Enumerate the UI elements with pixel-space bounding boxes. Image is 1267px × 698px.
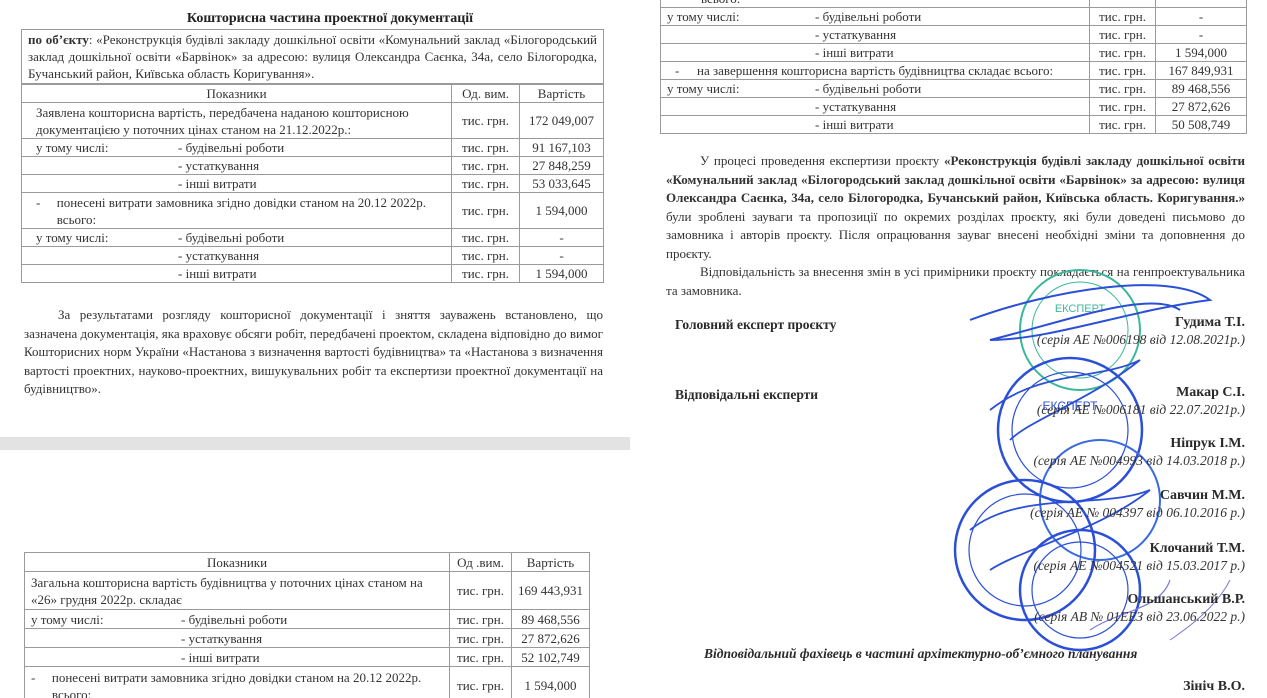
header-indicators: Показники: [25, 553, 450, 572]
table-row: -понесені витрати замовника згідно довід…: [22, 193, 452, 229]
expert-entry: Макар С.І. (серія АЕ №006181 від 22.07.2…: [1037, 384, 1245, 418]
expert-entry: Савчин М.М. (серія АЕ № 004397 від 06.10…: [1030, 487, 1245, 521]
table-row: -понесені витрати замовника згідно довід…: [25, 667, 450, 698]
table-row: - інші витрати: [661, 44, 1090, 62]
row-value: 27 872,626: [511, 629, 589, 648]
row-unit: тис. грн.: [450, 572, 512, 610]
row-label: Загальна кошторисна вартість будівництва…: [25, 572, 450, 610]
header-unit: Од. вим.: [452, 85, 520, 103]
row-value: 172 049,007: [520, 103, 604, 139]
row-label: - устаткування: [178, 158, 259, 173]
expert-cert: (серія АЕ №006181 від 22.07.2021р.): [1037, 401, 1245, 418]
row-unit: тис. грн.: [452, 103, 520, 139]
header-value: Вартість: [511, 553, 589, 572]
row-label: понесені витрати замовника згідно довідк…: [57, 194, 445, 228]
expert-cert: (серія АЕ №004521 від 15.03.2017 р.): [1034, 557, 1246, 574]
architect-name: Зініч В.О.: [1183, 679, 1245, 695]
table-row: у тому числі:- будівельні роботи: [22, 229, 452, 247]
row-value: 52 102,749: [511, 648, 589, 667]
table-row: - устаткування: [25, 629, 450, 648]
document-page-1: Кошторисна частина проектної документаці…: [0, 0, 630, 437]
row-value: 50 508,749: [1156, 116, 1247, 134]
row-label: - інші витрати: [178, 266, 257, 281]
row-label: - інші витрати: [178, 176, 257, 191]
header-indicators: Показники: [22, 85, 452, 103]
row-label: - устаткування: [815, 99, 896, 114]
table-row: у тому числі:- будівельні роботи: [25, 610, 450, 629]
row-value: 89 468,556: [511, 610, 589, 629]
table-row: у тому числі:- будівельні роботи: [22, 139, 452, 157]
row-dash: -: [36, 194, 57, 228]
architect-role: Відповідальний фахівець в частині архіте…: [704, 646, 1137, 662]
row-unit: тис. грн.: [1090, 98, 1156, 116]
row-label: Заявлена кошторисна вартість, передбачен…: [22, 103, 452, 139]
expert-name: Савчин М.М.: [1030, 487, 1245, 504]
row-unit: тис. грн.: [1090, 8, 1156, 26]
row-unit: тис. грн.: [450, 629, 512, 648]
row-unit: тис. грн.: [1090, 26, 1156, 44]
header-unit: Од .вим.: [450, 553, 512, 572]
row-prefix: у тому числі:: [31, 611, 181, 628]
row-label: понесені витрати замовника згідно довідк…: [52, 669, 443, 698]
object-label: по об’єкту: [28, 32, 89, 47]
row-value: 27 872,626: [1156, 98, 1247, 116]
expert-name: Гудима Т.І.: [1037, 314, 1245, 331]
row-unit: тис. грн.: [452, 229, 520, 247]
review-rest: були зроблені зауваги та пропозиції по о…: [666, 209, 1245, 261]
object-table: по об’єкту: «Реконструкція будівлі закла…: [21, 29, 604, 84]
row-unit: тис. грн.: [1090, 62, 1156, 80]
row-unit: тис. грн.: [452, 193, 520, 229]
row-value: 1 594,000: [520, 265, 604, 283]
row-value: 91 167,103: [520, 139, 604, 157]
expert-cert: (серія АЕ №006198 від 12.08.2021р.): [1037, 331, 1245, 348]
expert-entry: Ольшанський В.Р. (серія АВ № 01ЕЕЗ від 2…: [1034, 591, 1245, 625]
row-value: 1 594,000: [511, 667, 589, 698]
row-label: - устаткування: [815, 27, 896, 42]
row-unit: тис. грн.: [1090, 116, 1156, 134]
section-title: Кошторисна частина проектної документаці…: [0, 11, 630, 27]
row-value: 1 594,000: [520, 193, 604, 229]
row-dash: -: [31, 669, 52, 698]
cost-table-2: Показники Од .вим. Вартість Загальна кош…: [24, 552, 590, 698]
row-value: 167 849,931: [1156, 62, 1247, 80]
row-dash: -: [667, 62, 697, 79]
table-row: у тому числі:- будівельні роботи: [661, 8, 1090, 26]
table-row: - устаткування: [22, 157, 452, 175]
expert-entry: Гудима Т.І. (серія АЕ №006198 від 12.08.…: [1037, 314, 1245, 348]
table-row: - інші витрати: [25, 648, 450, 667]
row-value: 1 594,000: [1156, 44, 1247, 62]
expert-cert: (серія АЕ № 004397 від 06.10.2016 р.): [1030, 504, 1245, 521]
expert-name: Ніпрук І.М.: [1034, 435, 1246, 452]
row-unit: тис. грн.: [450, 667, 512, 698]
row-unit: тис. грн.: [452, 139, 520, 157]
expert-cert: (серія АВ № 01ЕЕЗ від 23.06.2022 р.): [1034, 608, 1245, 625]
row-value: -: [1156, 26, 1247, 44]
row-value: 169 443,931: [511, 572, 589, 610]
object-text: : «Реконструкція будівлі закладу дошкіль…: [28, 32, 597, 81]
row-label: - устаткування: [178, 248, 259, 263]
header-value: Вартість: [520, 85, 604, 103]
row-unit: тис. грн.: [452, 247, 520, 265]
document-page-3: всього: у тому числі:- будівельні роботи…: [630, 0, 1267, 698]
table-row: - інші витрати: [661, 116, 1090, 134]
chief-expert-role: Головний експерт проєкту: [675, 317, 836, 333]
table-row: у тому числі:- будівельні роботи: [661, 80, 1090, 98]
expert-name: Ольшанський В.Р.: [1034, 591, 1245, 608]
expert-cert: (серія АЕ №004993 від 14.03.2018 р.): [1034, 452, 1246, 469]
table-row: - устаткування: [661, 26, 1090, 44]
expert-name: Клочаний Т.М.: [1034, 540, 1246, 557]
expert-entry: Ніпрук І.М. (серія АЕ №004993 від 14.03.…: [1034, 435, 1246, 469]
responsible-experts-role: Відповідальні експерти: [675, 387, 818, 403]
conclusion-paragraph: За результатами розгляду кошторисної док…: [24, 306, 603, 399]
expert-name: Макар С.І.: [1037, 384, 1245, 401]
row-prefix: у тому числі:: [667, 8, 815, 25]
expert-entry: Клочаний Т.М. (серія АЕ №004521 від 15.0…: [1034, 540, 1246, 574]
row-unit: тис. грн.: [1090, 44, 1156, 62]
row-label: - устаткування: [181, 631, 262, 646]
row-unit: тис. грн.: [452, 175, 520, 193]
row-value: -: [1156, 8, 1247, 26]
row-label: - будівельні роботи: [178, 230, 284, 245]
table-row: - інші витрати: [22, 175, 452, 193]
review-paragraph: У процесі проведення експертизи проєкту …: [666, 152, 1245, 263]
row-unit: тис. грн.: [450, 648, 512, 667]
row-unit: тис. грн.: [1090, 80, 1156, 98]
row-prefix: у тому числі:: [667, 80, 815, 97]
row-value: 89 468,556: [1156, 80, 1247, 98]
table-row: - устаткування: [22, 247, 452, 265]
row-fragment: всього:: [661, 0, 1090, 8]
table-row: - устаткування: [661, 98, 1090, 116]
row-unit: тис. грн.: [452, 265, 520, 283]
row-prefix: у тому числі:: [28, 229, 178, 246]
page-separator: [0, 437, 630, 450]
row-unit: тис. грн.: [450, 610, 512, 629]
review-lead: У процесі проведення експертизи проєкту: [700, 153, 944, 168]
row-value: -: [520, 247, 604, 265]
row-label: - інші витрати: [815, 45, 894, 60]
row-label: - будівельні роботи: [181, 612, 287, 627]
cost-table-1: Показники Од. вим. Вартість Заявлена кош…: [21, 84, 604, 283]
document-page-2: Показники Од .вим. Вартість Загальна кош…: [0, 450, 630, 698]
row-label: - інші витрати: [181, 650, 260, 665]
row-value: 27 848,259: [520, 157, 604, 175]
row-prefix: у тому числі:: [28, 139, 178, 156]
row-label: на завершення кошторисна вартість будівн…: [697, 63, 1053, 78]
row-value: -: [520, 229, 604, 247]
row-label: - будівельні роботи: [815, 9, 921, 24]
row-unit: тис. грн.: [452, 157, 520, 175]
row-label: - інші витрати: [815, 117, 894, 132]
row-label: - будівельні роботи: [178, 140, 284, 155]
object-description: по об’єкту: «Реконструкція будівлі закла…: [22, 30, 604, 84]
table-row: - інші витрати: [22, 265, 452, 283]
responsibility-paragraph: Відповідальність за внесення змін в усі …: [666, 263, 1245, 300]
cost-table-continued: всього: у тому числі:- будівельні роботи…: [660, 0, 1247, 134]
row-value: 53 033,645: [520, 175, 604, 193]
table-row: -на завершення кошторисна вартість будів…: [661, 62, 1090, 80]
row-label: - будівельні роботи: [815, 81, 921, 96]
blue-stamp: [998, 358, 1142, 502]
